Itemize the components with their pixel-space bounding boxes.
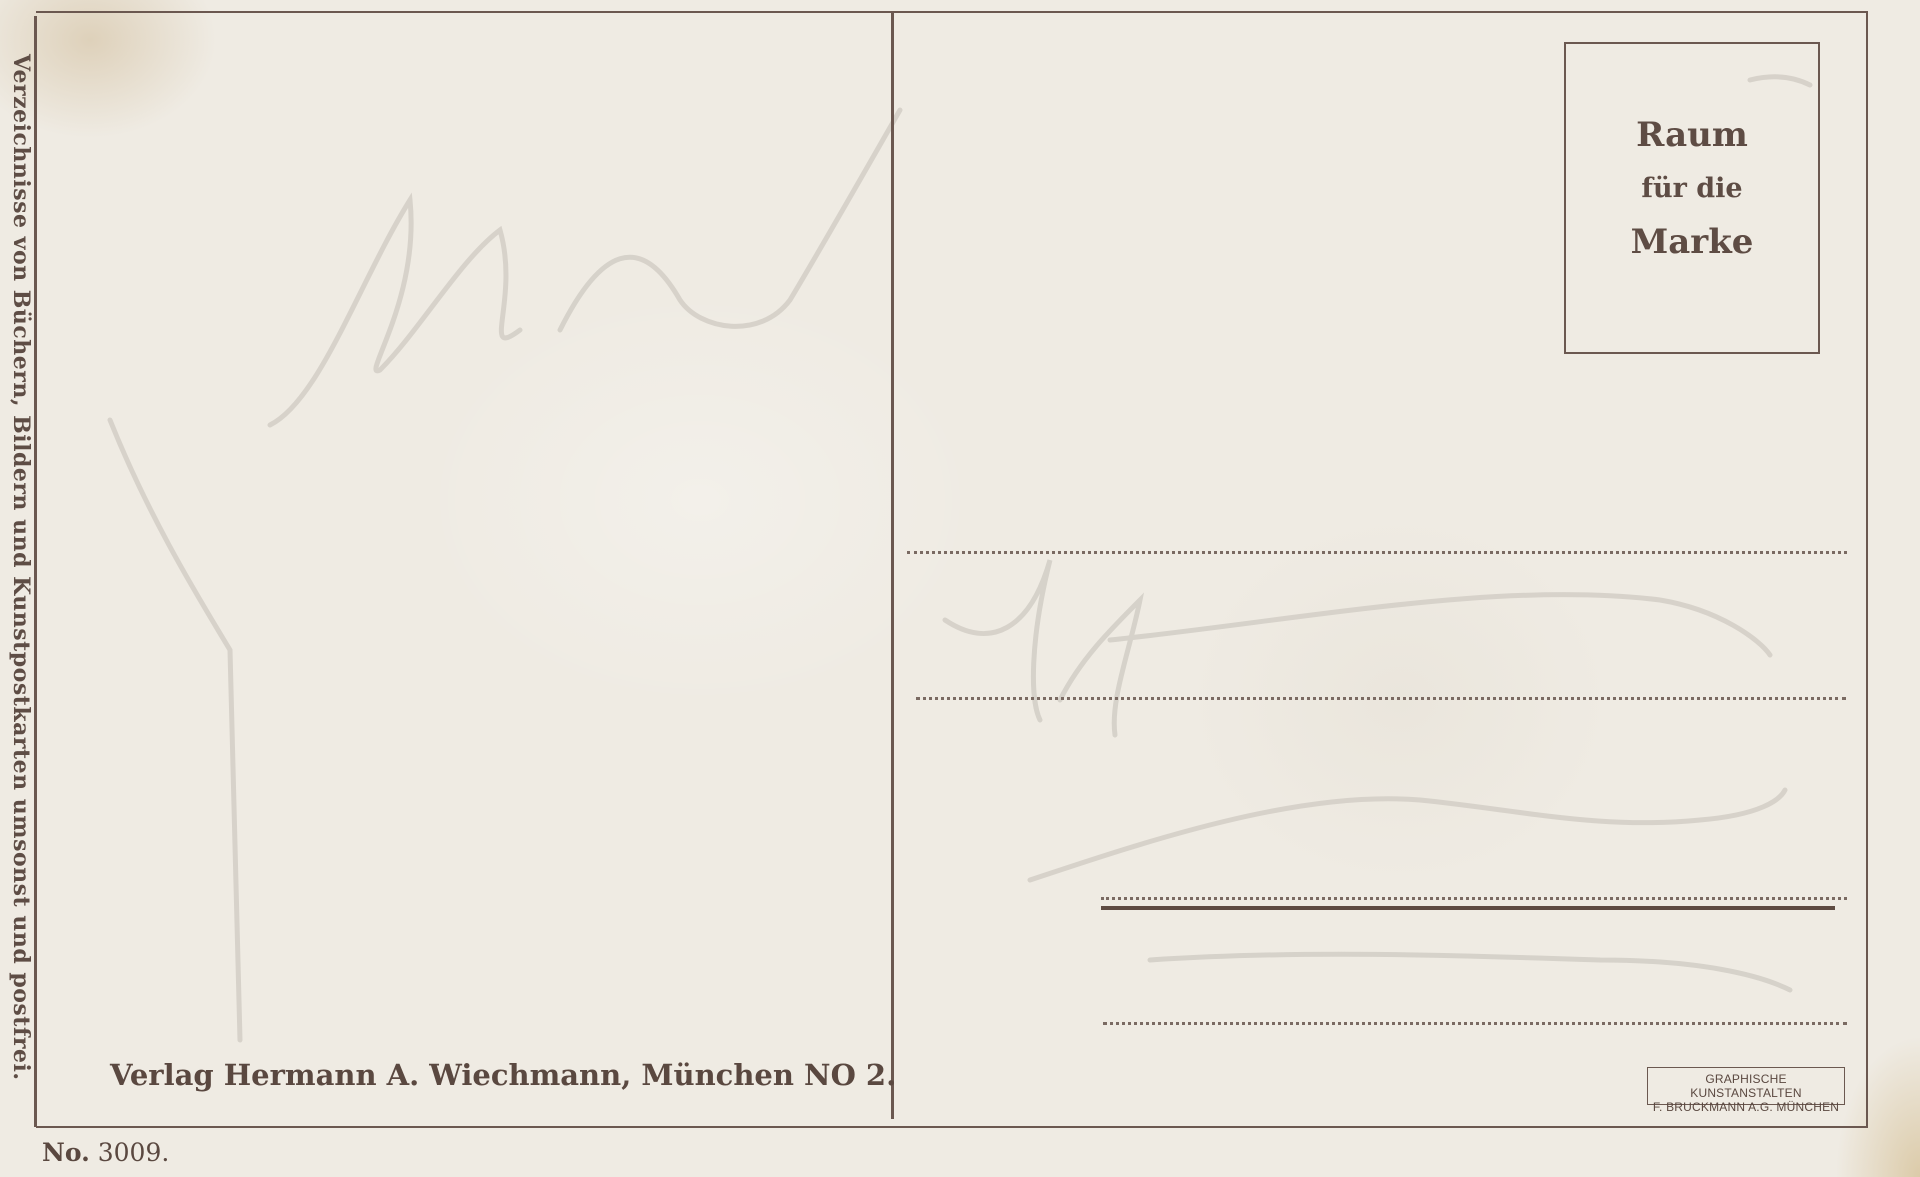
printer-line2: F. BRUCKMANN A.G. MÜNCHEN bbox=[1648, 1100, 1844, 1114]
printer-imprint-box: GRAPHISCHE KUNSTANSTALTEN F. BRUCKMANN A… bbox=[1647, 1067, 1845, 1105]
frame-top-border bbox=[36, 11, 1868, 13]
stamp-label-line2: für die bbox=[1641, 173, 1742, 204]
side-advertisement-text: Verzeichnisse von Büchern, Bildern und K… bbox=[0, 12, 34, 1122]
stamp-label-line3: Marke bbox=[1631, 222, 1754, 262]
address-line-4 bbox=[1103, 1022, 1847, 1025]
frame-right-border bbox=[1866, 11, 1868, 1127]
address-line-1 bbox=[907, 551, 1847, 554]
frame-left-border bbox=[34, 16, 37, 1127]
printer-line1: GRAPHISCHE KUNSTANSTALTEN bbox=[1648, 1072, 1844, 1100]
card-number-value: 3009. bbox=[98, 1138, 170, 1167]
address-line-3 bbox=[1101, 897, 1847, 900]
stamp-placement-box: Raum für die Marke bbox=[1564, 42, 1820, 354]
address-line-2 bbox=[916, 697, 1846, 700]
stamp-label-line1: Raum bbox=[1636, 115, 1748, 155]
card-number-prefix: No. bbox=[42, 1138, 90, 1167]
frame-bottom-border bbox=[36, 1126, 1868, 1128]
message-address-divider bbox=[891, 13, 894, 1119]
card-number: No. 3009. bbox=[42, 1138, 169, 1167]
address-underline bbox=[1101, 906, 1835, 910]
publisher-imprint: Verlag Hermann A. Wiechmann, München NO … bbox=[110, 1058, 896, 1092]
